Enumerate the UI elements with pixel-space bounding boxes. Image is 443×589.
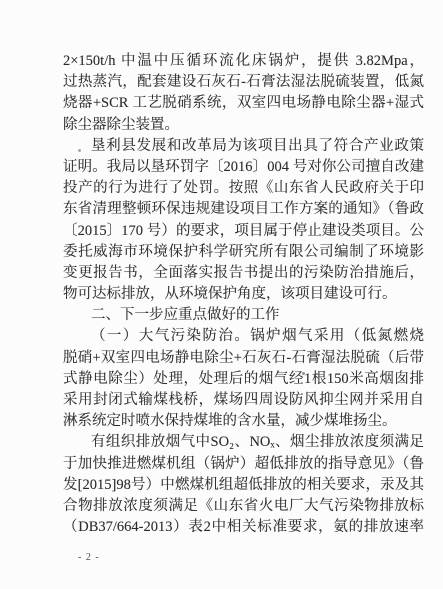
text-line: （DB37/664-2013）表2中相关标准要求，氨的排放速率须满: [63, 517, 424, 538]
text-line: 委托威海市环境保护科学研究所有限公司编制了环境影响: [63, 242, 424, 263]
text-line: 于加快推进燃煤机组（锅炉）超低排放的指导意见》（鲁环: [63, 454, 424, 475]
text-line: 〔2015〕170 号）的要求，项目属于停止建设类项目。公司: [63, 221, 424, 242]
text-line: 证明。我局以垦环罚字〔2016〕004 号对你公司擅自改建并: [63, 157, 424, 178]
text-line: 有组织排放烟气中SO₂、NOₓ、烟尘排放浓度须满足《关: [63, 432, 424, 453]
text-line: 投产的行为进行了处罚。按照《山东省人民政府关于印发山: [63, 178, 424, 199]
text-line: 烧器+SCR 工艺脱硝系统，双室四电场静电除尘器+湿式静电: [63, 93, 424, 114]
text-line: 东省清理整顿环保违规建设项目工作方案的通知》（鲁政字: [63, 199, 424, 220]
text-line: 式静电除尘）处理，处理后的烟气经1根150米高烟囱排放。: [63, 369, 424, 390]
text-line: 淋系统定时喷水保持煤堆的含水量，减少煤堆扬尘。: [63, 411, 424, 432]
text-line: 发[2015]98号）中燃煤机组超低排放的相关要求，汞及其化: [63, 475, 424, 496]
document-page: 2×150t/h 中温中压循环流化床锅炉，提供 3.82Mpa，450℃过热蒸汽…: [0, 0, 443, 589]
text-line: 2×150t/h 中温中压循环流化床锅炉，提供 3.82Mpa，450℃: [63, 51, 424, 72]
scan-speck: [78, 149, 81, 152]
text-line: 物可达标排放，从环境保护角度，该项目建设可行。: [63, 284, 424, 305]
text-line: 采用封闭式输煤栈桥，煤场四周设防风抑尘网并采用自动喷: [63, 390, 424, 411]
text-line: 合物排放浓度须满足《山东省火电厂大气污染物排放标准》: [63, 496, 424, 517]
scan-speck: [302, 372, 305, 375]
text-line: 变更报告书，全面落实报告书提出的污染防治措施后，污染: [63, 263, 424, 284]
text-line: （一）大气污染防治。锅炉烟气采用（低氮燃烧+SCR）: [63, 326, 424, 347]
text-line: 二、下一步应重点做好的工作: [63, 305, 424, 326]
text-line: 脱硝+双室四电场静电除尘+石灰石-石膏湿法脱硫（后带湿: [63, 348, 424, 369]
text-line: 除尘器除尘装置。: [63, 115, 424, 136]
text-line: 垦利县发展和改革局为该项目出具了符合产业政策的: [63, 136, 424, 157]
page-number: - 2 -: [78, 552, 100, 563]
text-line: 过热蒸汽，配套建设石灰石-石膏法湿法脱硫装置，低氮燃: [63, 72, 424, 93]
document-body-text: 2×150t/h 中温中压循环流化床锅炉，提供 3.82Mpa，450℃过热蒸汽…: [63, 51, 424, 538]
